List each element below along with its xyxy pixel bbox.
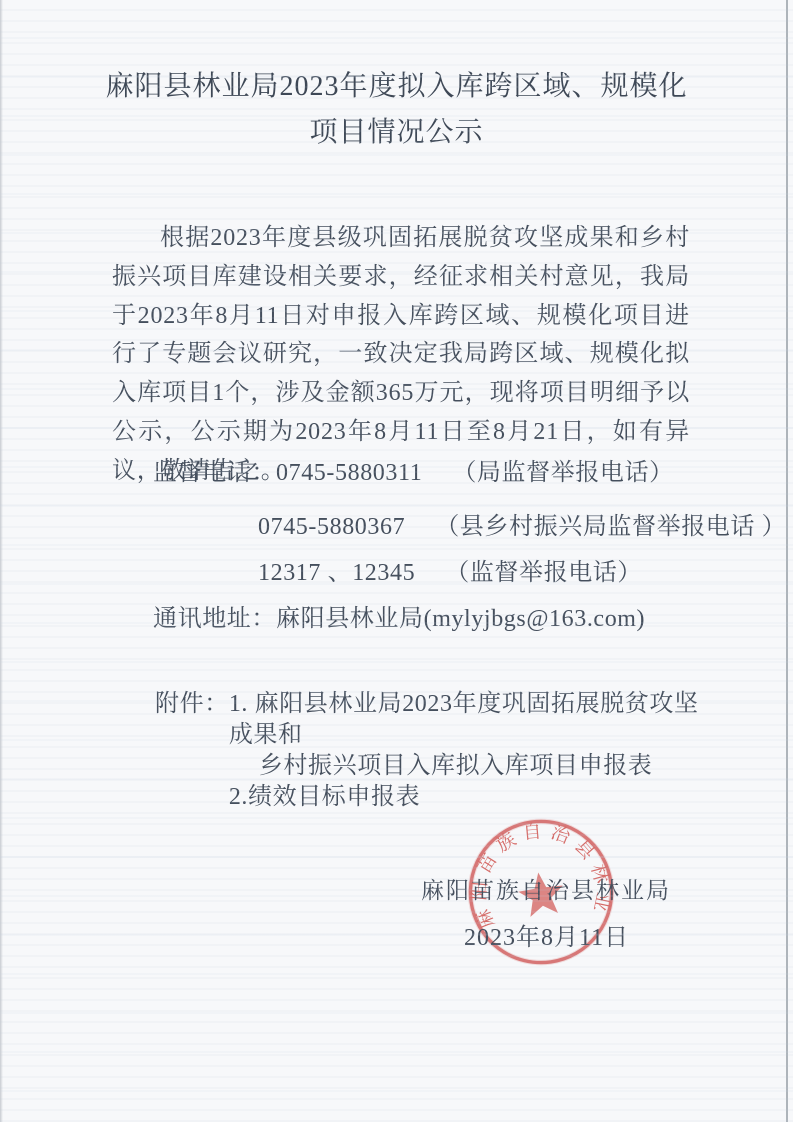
document-title-line1: 麻阳县林业局2023年度拟入库跨区域、规模化	[0, 64, 793, 110]
supervision-phone-line-2: 0745-5880367（县乡村振兴局监督举报电话 ）	[258, 512, 786, 542]
document-title: 麻阳县林业局2023年度拟入库跨区域、规模化 项目情况公示	[0, 64, 793, 156]
supervision-phone-line-1: 监督电话：0745-5880311（局监督举报电话）	[153, 458, 674, 488]
phone-label: 监督电话：	[153, 460, 276, 486]
body-paragraph: 根据2023年度县级巩固拓展脱贫攻坚成果和乡村振兴项目库建设相关要求，经征求相关…	[112, 219, 690, 491]
phone-number-1: 0745-5880311	[276, 458, 422, 488]
document-title-line2: 项目情况公示	[0, 110, 793, 156]
attachment-2: 2.绩效目标申报表	[229, 782, 715, 813]
attachment-1-line2: 乡村振兴项目入库拟入库项目申报表	[229, 751, 715, 782]
mailing-address-line: 通讯地址：麻阳县林业局(mylyjbgs@163.com)	[153, 604, 645, 634]
attachments-label: 附件：	[155, 689, 229, 813]
phone-note-3: （监督举报电话）	[445, 558, 642, 588]
address-label: 通讯地址：	[153, 606, 276, 632]
scan-edge-left	[0, 0, 3, 1122]
phone-note-2: （县乡村振兴局监督举报电话 ）	[435, 512, 786, 542]
signature-org: 麻阳苗族自治县林业局	[421, 872, 671, 905]
address-value: 麻阳县林业局(mylyjbgs@163.com)	[276, 606, 645, 632]
attachments-list: 1. 麻阳县林业局2023年度巩固拓展脱贫攻坚成果和 乡村振兴项目入库拟入库项目…	[229, 689, 715, 813]
scanned-document-page: 麻阳县林业局2023年度拟入库跨区域、规模化 项目情况公示 根据2023年度县级…	[0, 0, 793, 1122]
signature-date: 2023年8月11日	[464, 917, 629, 952]
scan-edge-right	[786, 0, 788, 1122]
phone-number-3: 12317 、12345	[258, 558, 415, 588]
attachments-block: 附件： 1. 麻阳县林业局2023年度巩固拓展脱贫攻坚成果和 乡村振兴项目入库拟…	[155, 689, 715, 813]
supervision-phone-line-3: 12317 、12345（监督举报电话）	[258, 558, 642, 588]
phone-note-1: （局监督举报电话）	[452, 458, 673, 488]
attachment-1-line1: 1. 麻阳县林业局2023年度巩固拓展脱贫攻坚成果和	[229, 689, 715, 751]
phone-number-2: 0745-5880367	[258, 512, 405, 542]
